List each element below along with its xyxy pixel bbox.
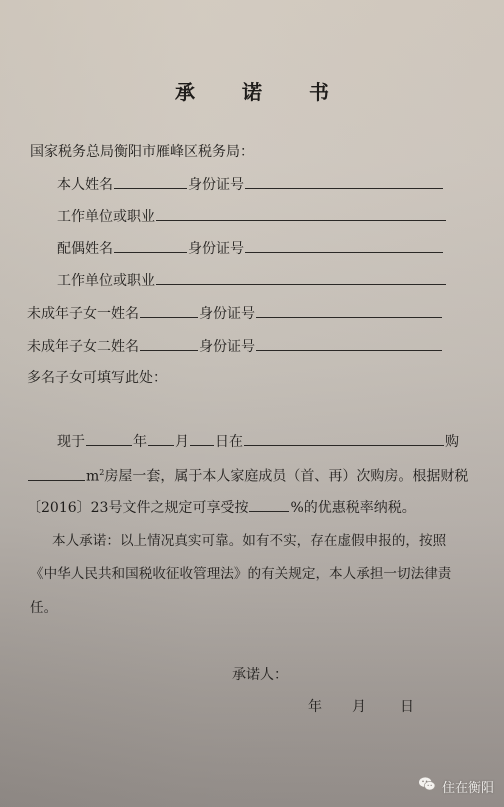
self-work-label: 工作单位或职业 [57,209,155,225]
spouse-id-label: 身份证号 [188,241,244,257]
purchase-day-blank[interactable] [190,431,214,446]
day-at-label: 日在 [215,434,243,450]
child1-name-label: 未成年子女一姓名 [27,306,139,322]
spouse-id-blank[interactable] [245,238,443,253]
wechat-icon [418,776,436,796]
child2-id-label: 身份证号 [199,339,255,355]
pledge-line-2: 《中华人民共和国税收征收管理法》的有关规定，本人承担一切法律责 [30,565,451,583]
purchase-line-3: 〔2016〕23号文件之规定可享受按%的优惠税率纳税。 [27,497,416,517]
paper-shading [0,0,504,807]
pledge-line-1: 本人承诺：以上情况真实可靠。如有不实，存在虚假申报的，按照 [52,532,446,550]
buy-label: 购 [445,434,459,450]
child2-name-label: 未成年子女二姓名 [27,339,139,355]
spouse-row: 配偶姓名身份证号 [57,238,444,258]
purchase-year-blank[interactable] [86,431,132,446]
signature-day: 日 [400,698,414,716]
child2-name-blank[interactable] [140,336,198,351]
spouse-name-blank[interactable] [114,238,187,253]
child1-id-label: 身份证号 [199,306,255,322]
signature-label: 承诺人： [232,666,288,684]
unit-label: m [86,469,99,485]
spouse-work-label: 工作单位或职业 [57,273,155,289]
tax-rate-blank[interactable] [249,497,289,512]
year-label: 年 [133,434,147,450]
addressee: 国家税务总局衡阳市雁峰区税务局： [30,143,254,161]
purchase-line-2: m2房屋一套，属于本人家庭成员（首、再）次购房。根据财税 [27,464,468,486]
child1-name-blank[interactable] [140,303,198,318]
watermark-text: 住在衡阳 [442,777,494,796]
signature-year: 年 [308,698,322,716]
purchase-line-1: 现于年月日在购 [57,431,459,451]
self-id-label: 身份证号 [188,177,244,193]
child1-id-blank[interactable] [256,303,442,318]
spouse-name-label: 配偶姓名 [57,241,113,257]
spouse-work-row: 工作单位或职业 [57,270,447,290]
purchase-line2-text: 房屋一套，属于本人家庭成员（首、再）次购房。根据财税 [104,469,468,485]
purchase-line3-suffix: %的优惠税率纳税。 [290,500,415,516]
self-name-label: 本人姓名 [57,177,113,193]
child2-row: 未成年子女二姓名身份证号 [27,336,443,356]
self-row: 本人姓名身份证号 [57,174,444,194]
purchase-month-blank[interactable] [148,431,174,446]
child2-id-blank[interactable] [256,336,442,351]
self-id-blank[interactable] [245,174,443,189]
purchase-location-blank[interactable] [244,431,444,446]
watermark: 住在衡阳 [418,776,494,796]
signature-month: 月 [352,698,366,716]
purchase-prefix: 现于 [57,434,85,450]
self-work-row: 工作单位或职业 [57,206,447,226]
purchase-line3-prefix: 〔2016〕23号文件之规定可享受按 [27,500,248,516]
purchase-area-blank[interactable] [28,466,85,481]
more-children-label: 多名子女可填写此处： [27,369,167,387]
pledge-line-3: 任。 [30,599,57,617]
document-title: 承 诺 书 [0,76,504,105]
self-work-blank[interactable] [156,206,446,221]
child1-row: 未成年子女一姓名身份证号 [27,303,443,323]
spouse-work-blank[interactable] [156,270,446,285]
self-name-blank[interactable] [114,174,187,189]
month-label: 月 [175,434,189,450]
